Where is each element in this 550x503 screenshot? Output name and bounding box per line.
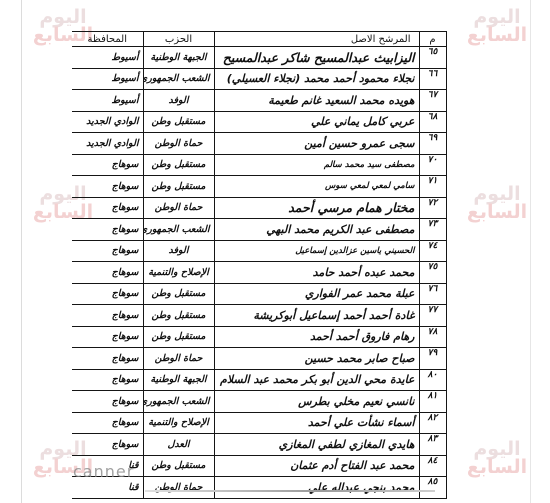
candidate-name: أسماء نشأت علي أحمد bbox=[214, 412, 419, 434]
governorate-name: سوهاج bbox=[72, 305, 143, 327]
table-row: ٧٣مصطفى عبد الكريم محمد البهيالشعب الجمه… bbox=[72, 219, 446, 241]
table-row: ٧٥محمد عبده أحمد حامدالإصلاح والتنميةسوه… bbox=[72, 262, 446, 284]
candidate-name: عبلة محمد عمر الفواري bbox=[214, 283, 419, 305]
watermark-logo: اليوم السابع bbox=[462, 185, 532, 225]
table-row: ٦٥اليزابيث عبدالمسيح شاكر عبدالمسيحالجبه… bbox=[72, 47, 446, 69]
table-row: ٨٣هايدي المغازي لطفي المغازيالعدلسوهاج bbox=[72, 434, 446, 456]
row-number: ٨٢ bbox=[419, 412, 446, 434]
table-row: ٧٧غادة أحمد أحمد إسماعيل أبوكريشةمستقبل … bbox=[72, 305, 446, 327]
row-number: ٦٧ bbox=[419, 90, 446, 112]
governorate-name: أسيوط bbox=[72, 90, 143, 112]
watermark-logo: اليوم السابع bbox=[462, 440, 532, 480]
table-row: ٦٨عربي كامل يماني عليمستقبل وطنالوادي ال… bbox=[72, 111, 446, 133]
row-number: ٧٩ bbox=[419, 348, 446, 370]
candidate-name: اليزابيث عبدالمسيح شاكر عبدالمسيح bbox=[214, 47, 419, 69]
candidate-name: نانسي نعيم مخلي بطرس bbox=[214, 391, 419, 413]
table-row: ٧٢مختار همام مرسي أحمدحماة الوطنسوهاج bbox=[72, 197, 446, 219]
party-name: مستقبل وطن bbox=[143, 176, 214, 198]
governorate-name: سوهاج bbox=[72, 197, 143, 219]
table-body: ٦٥اليزابيث عبدالمسيح شاكر عبدالمسيحالجبه… bbox=[72, 47, 446, 499]
candidate-name: سجى عمرو حسين أمين bbox=[214, 133, 419, 155]
candidate-name: رهام فاروق أحمد أحمد bbox=[214, 326, 419, 348]
party-name: حماة الوطن bbox=[143, 133, 214, 155]
party-name: الشعب الجمهوري bbox=[143, 219, 214, 241]
candidate-name: نجلاء محمود أحمد محمد (نجلاء العسيلي) bbox=[214, 68, 419, 90]
governorate-name: سوهاج bbox=[72, 283, 143, 305]
row-number: ٨٥ bbox=[419, 477, 446, 499]
row-number: ٨٤ bbox=[419, 455, 446, 477]
party-name: مستقبل وطن bbox=[143, 283, 214, 305]
candidate-name: محمد عبد الفتاح أدم عثمان bbox=[214, 455, 419, 477]
row-number: ٧١ bbox=[419, 176, 446, 198]
row-number: ٨١ bbox=[419, 391, 446, 413]
row-number: ٧٥ bbox=[419, 262, 446, 284]
candidate-name: مصطفى عبد الكريم محمد البهي bbox=[214, 219, 419, 241]
row-number: ٦٩ bbox=[419, 133, 446, 155]
table-row: ٧٩صباح صابر محمد حسينحماة الوطنسوهاج bbox=[72, 348, 446, 370]
row-number: ٦٨ bbox=[419, 111, 446, 133]
row-number: ٦٦ bbox=[419, 68, 446, 90]
party-name: الوفد bbox=[143, 90, 214, 112]
table-row: ٦٧هويده محمد السعيد غانم طعيمةالوفدأسيوط bbox=[72, 90, 446, 112]
governorate-name: سوهاج bbox=[72, 154, 143, 176]
row-number: ٧٠ bbox=[419, 154, 446, 176]
table-row: ٦٦نجلاء محمود أحمد محمد (نجلاء العسيلي)ا… bbox=[72, 68, 446, 90]
row-number: ٧٢ bbox=[419, 197, 446, 219]
table-row: ٧٨رهام فاروق أحمد أحمدمستقبل وطنسوهاج bbox=[72, 326, 446, 348]
table-header-row: م المرشح الاصل الحزب المحافظة bbox=[72, 32, 446, 47]
candidate-name: عربي كامل يماني علي bbox=[214, 111, 419, 133]
party-name: مستقبل وطن bbox=[143, 111, 214, 133]
page-edge-right bbox=[530, 0, 531, 503]
table-row: ٨١نانسي نعيم مخلي بطرسالشعب الجمهوريسوها… bbox=[72, 391, 446, 413]
candidates-table: م المرشح الاصل الحزب المحافظة ٦٥اليزابيث… bbox=[72, 31, 447, 499]
candidate-name: محمد بنجي عبداله علي bbox=[214, 477, 419, 499]
watermark-line1: اليوم bbox=[462, 440, 532, 458]
watermark-line2: السابع bbox=[462, 203, 532, 221]
table-row: ٦٩سجى عمرو حسين أمينحماة الوطنالوادي الج… bbox=[72, 133, 446, 155]
scanner-watermark: canner bbox=[73, 462, 134, 481]
party-name: الشعب الجمهوري bbox=[143, 68, 214, 90]
table-row: ٧٤الحسيني ياسين عزالدين إسماعيلالوفدسوها… bbox=[72, 240, 446, 262]
table-row: ٨٢أسماء نشأت علي أحمدالإصلاح والتنميةسوه… bbox=[72, 412, 446, 434]
page-edge-left bbox=[21, 0, 22, 503]
candidate-name: هايدي المغازي لطفي المغازي bbox=[214, 434, 419, 456]
party-name: العدل bbox=[143, 434, 214, 456]
row-number: ٦٥ bbox=[419, 47, 446, 69]
governorate-name: سوهاج bbox=[72, 176, 143, 198]
candidate-name: صباح صابر محمد حسين bbox=[214, 348, 419, 370]
governorate-name: الوادي الجديد bbox=[72, 111, 143, 133]
party-name: الإصلاح والتنمية bbox=[143, 412, 214, 434]
row-number: ٧٨ bbox=[419, 326, 446, 348]
governorate-name: سوهاج bbox=[72, 262, 143, 284]
watermark-line2: السابع bbox=[462, 26, 532, 44]
candidate-name: سامي لمعي لمعي سوس bbox=[214, 176, 419, 198]
row-number: ٧٦ bbox=[419, 283, 446, 305]
table-row: ٧٠مصطفى سيد محمد سالممستقبل وطنسوهاج bbox=[72, 154, 446, 176]
party-name: الجبهة الوطنية bbox=[143, 369, 214, 391]
party-name: الإصلاح والتنمية bbox=[143, 262, 214, 284]
party-name: مستقبل وطن bbox=[143, 305, 214, 327]
candidate-name: مختار همام مرسي أحمد bbox=[214, 197, 419, 219]
table-row: ٧٦عبلة محمد عمر الفواريمستقبل وطنسوهاج bbox=[72, 283, 446, 305]
governorate-name: سوهاج bbox=[72, 412, 143, 434]
header-number: م bbox=[419, 32, 446, 47]
candidate-name: محمد عبده أحمد حامد bbox=[214, 262, 419, 284]
governorate-name: سوهاج bbox=[72, 240, 143, 262]
table-row: ٧١سامي لمعي لمعي سوسمستقبل وطنسوهاج bbox=[72, 176, 446, 198]
governorate-name: الوادي الجديد bbox=[72, 133, 143, 155]
row-number: ٨٣ bbox=[419, 434, 446, 456]
party-name: حماة الوطن bbox=[143, 477, 214, 499]
table-row: ٨٠عايدة محي الدين أبو بكر محمد عبد السلا… bbox=[72, 369, 446, 391]
watermark-line1: اليوم bbox=[28, 8, 98, 26]
party-name: حماة الوطن bbox=[143, 348, 214, 370]
governorate-name: أسيوط bbox=[72, 68, 143, 90]
watermark-logo: اليوم السابع bbox=[462, 8, 532, 48]
candidate-name: غادة أحمد أحمد إسماعيل أبوكريشة bbox=[214, 305, 419, 327]
governorate-name: سوهاج bbox=[72, 434, 143, 456]
party-name: مستقبل وطن bbox=[143, 455, 214, 477]
candidate-name: مصطفى سيد محمد سالم bbox=[214, 154, 419, 176]
row-number: ٧٧ bbox=[419, 305, 446, 327]
governorate-name: سوهاج bbox=[72, 391, 143, 413]
party-name: مستقبل وطن bbox=[143, 326, 214, 348]
bottom-rule bbox=[145, 490, 435, 492]
governorate-name: سوهاج bbox=[72, 219, 143, 241]
party-name: مستقبل وطن bbox=[143, 154, 214, 176]
watermark-line1: اليوم bbox=[462, 8, 532, 26]
governorate-name: سوهاج bbox=[72, 348, 143, 370]
candidate-name: الحسيني ياسين عزالدين إسماعيل bbox=[214, 240, 419, 262]
candidate-name: عايدة محي الدين أبو بكر محمد عبد السلام bbox=[214, 369, 419, 391]
watermark-line2: السابع bbox=[462, 458, 532, 476]
governorate-name: أسيوط bbox=[72, 47, 143, 69]
governorate-name: سوهاج bbox=[72, 326, 143, 348]
party-name: حماة الوطن bbox=[143, 197, 214, 219]
party-name: الشعب الجمهوري bbox=[143, 391, 214, 413]
watermark-line1: اليوم bbox=[462, 185, 532, 203]
governorate-name: سوهاج bbox=[72, 369, 143, 391]
party-name: الوفد bbox=[143, 240, 214, 262]
row-number: ٨٠ bbox=[419, 369, 446, 391]
header-party: الحزب bbox=[143, 32, 214, 47]
header-candidate: المرشح الاصل bbox=[214, 32, 419, 47]
header-governorate: المحافظة bbox=[72, 32, 143, 47]
candidate-name: هويده محمد السعيد غانم طعيمة bbox=[214, 90, 419, 112]
row-number: ٧٤ bbox=[419, 240, 446, 262]
party-name: الجبهة الوطنية bbox=[143, 47, 214, 69]
row-number: ٧٣ bbox=[419, 219, 446, 241]
